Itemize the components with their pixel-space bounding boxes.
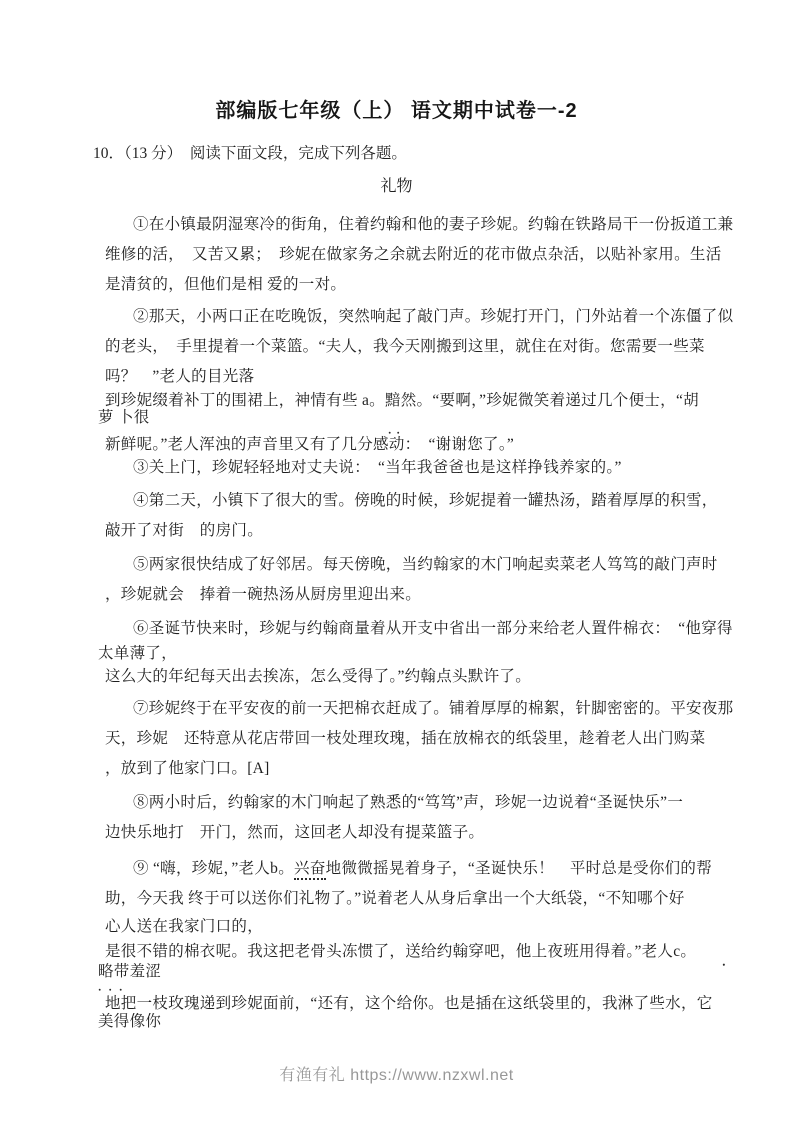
document-title: 部编版七年级（上） 语文期中试卷一-2 bbox=[0, 0, 793, 126]
passage-line: ⑤两家很快结成了好邻居。每天傍晚，当约翰家的木门响起卖菜老人笃笃的敲门声时 bbox=[105, 550, 703, 580]
passage-line: 天，珍妮 还特意从花店带回一枝处理玫瑰，插在放棉衣的纸袋里，趁着老人出门购菜 bbox=[105, 724, 703, 754]
stray-emphasis-dot: ． bbox=[722, 952, 734, 969]
line-pre-text: ⑨ “嗨，珍妮，”老人b。 bbox=[133, 860, 294, 877]
passage-line: ，珍妮就会 捧着一碗热汤从厨房里迎出来。 bbox=[105, 580, 703, 610]
passage-line: ⑧两小时后，约翰家的木门响起了熟悉的“笃笃”声，珍妮一边说着“圣诞快乐”一 bbox=[105, 788, 703, 818]
passage-line: ①在小镇最阴湿寒冷的街角，住着约翰和他的妻子珍妮。约翰在铁路局干一份扳道工兼 bbox=[105, 210, 703, 240]
passage-line: ②那天，小两口正在吃晚饭，突然响起了敲门声。珍妮打开门，门外站着一个冻僵了似 bbox=[105, 302, 703, 332]
passage-line: 敲开了对街 的房门。 bbox=[105, 516, 703, 546]
passage-title: 礼物 bbox=[105, 174, 688, 200]
passage-line: ③关上门，珍妮轻轻地对丈夫说： “当年我爸爸也是这样挣钱养家的。” bbox=[105, 456, 703, 480]
emphasized-word: 兴奋 bbox=[294, 860, 326, 880]
passage-content: 10．（13 分） 阅读下面文段，完成下列各题。 礼物 ①在小镇最阴湿寒冷的街角… bbox=[0, 142, 793, 1030]
passage-line: 边快乐地打 开门，然而，这回老人却没有提菜篮子。 bbox=[105, 818, 703, 848]
paragraph-5: ⑤两家很快结成了好邻居。每天傍晚，当约翰家的木门响起卖菜老人笃笃的敲门声时 ，珍… bbox=[105, 550, 703, 610]
emphasis-dots: ．．． bbox=[98, 980, 703, 994]
passage-line: 的老头， 手里提着一个菜篮。“夫人，我今天刚搬到这里，就住在对街。您需要一些菜 bbox=[105, 332, 703, 362]
passage-line: ⑨ “嗨，珍妮，”老人b。兴奋地微微摇晃着身子，“圣诞快乐！ 平时总是受你们的帮 bbox=[105, 854, 703, 884]
document-page: 部编版七年级（上） 语文期中试卷一-2 10．（13 分） 阅读下面文段，完成下… bbox=[0, 0, 793, 1122]
paragraph-8: ⑧两小时后，约翰家的木门响起了熟悉的“笃笃”声，珍妮一边说着“圣诞快乐”一 边快… bbox=[105, 788, 703, 848]
passage-line: ⑦珍妮终于在平安夜的前一天把棉衣赶成了。铺着厚厚的棉絮，针脚密密的。平安夜那 bbox=[105, 694, 703, 724]
emphasis-dots: ．． bbox=[105, 426, 703, 434]
question-line: 10．（13 分） 阅读下面文段，完成下列各题。 bbox=[93, 142, 703, 166]
passage-line: 新鲜呢。”老人浑浊的声音里又有了几分感动： “谢谢您了。” bbox=[105, 434, 703, 456]
passage-line: 吗？ ”老人的目光落 bbox=[105, 362, 703, 392]
line-post-text: 地微微摇晃着身子，“圣诞快乐！ 平时总是受你们的帮 bbox=[326, 860, 712, 877]
paragraph-9: ⑨ “嗨，珍妮，”老人b。兴奋地微微摇晃着身子，“圣诞快乐！ 平时总是受你们的帮… bbox=[105, 854, 703, 1030]
paragraph-1: ①在小镇最阴湿寒冷的街角，住着约翰和他的妻子珍妮。约翰在铁路局干一份扳道工兼 维… bbox=[105, 210, 703, 300]
passage-line: 维修的活， 又苦又累； 珍妮在做家务之余就去附近的花市做点杂活，以贴补家用。生活 bbox=[105, 240, 703, 270]
passage-line: 这么大的年纪每天出去挨冻，怎么受得了。”约翰点头默许了。 bbox=[105, 664, 703, 690]
passage-line: ，放到了他家门口。[A] bbox=[105, 754, 703, 784]
paragraph-4: ④第二天，小镇下了很大的雪。傍晚的时候，珍妮提着一罐热汤，踏着厚厚的积雪， 敲开… bbox=[105, 486, 703, 546]
passage-line: ④第二天，小镇下了很大的雪。傍晚的时候，珍妮提着一罐热汤，踏着厚厚的积雪， bbox=[105, 486, 703, 516]
passage-line: 是清贫的，但他们是相 爱的一对。 bbox=[105, 270, 703, 300]
passage-line: 助，今天我 终于可以送你们礼物了。”说着老人从身后拿出一个大纸袋，“不知哪个好 bbox=[105, 884, 703, 914]
passage-line: 太单薄了， bbox=[98, 644, 703, 664]
passage-line: 美得像你 bbox=[98, 1014, 703, 1030]
paragraph-2: ②那天，小两口正在吃晚饭，突然响起了敲门声。珍妮打开门，门外站着一个冻僵了似 的… bbox=[105, 302, 703, 480]
paragraph-6: ⑥圣诞节快来时，珍妮与约翰商量着从开支中省出一部分来给老人置件棉衣： “他穿得 … bbox=[105, 614, 703, 690]
paragraph-7: ⑦珍妮终于在平安夜的前一天把棉衣赶成了。铺着厚厚的棉絮，针脚密密的。平安夜那 天… bbox=[105, 694, 703, 784]
passage-line: 是很不错的棉衣呢。我这把老骨头冻惯了，送给约翰穿吧，他上夜班用得着。”老人c。 bbox=[105, 939, 703, 964]
passage-line: 略带羞涩 bbox=[98, 964, 703, 980]
passage-line: ⑥圣诞节快来时，珍妮与约翰商量着从开支中省出一部分来给老人置件棉衣： “他穿得 bbox=[105, 614, 703, 644]
passage-line: 到珍妮缀着补丁的围裙上，神情有些 a。黯然。“要啊，”珍妮微笑着递过几个便士，“… bbox=[105, 392, 703, 410]
watermark-footer: 有渔有礼 https://www.nzxwl.net bbox=[0, 1064, 793, 1088]
passage-line: 心人送在我家门口的， bbox=[105, 914, 703, 939]
passage-line: 地把一枝玫瑰递到珍妮面前，“还有，这个给你。也是插在这纸袋里的，我淋了些水，它 bbox=[105, 994, 703, 1014]
